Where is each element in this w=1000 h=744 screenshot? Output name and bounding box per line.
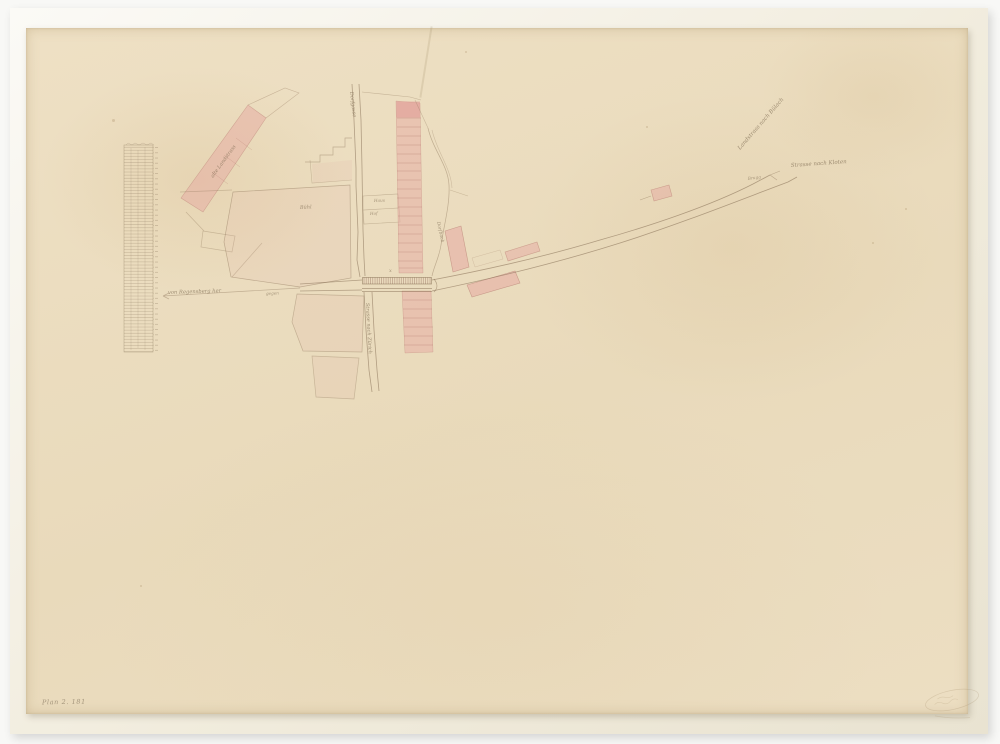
plan-drawing: alte Landstrass Bühl Haus Hof Dorfgasse … — [0, 0, 1000, 744]
road-east-diagonal-label: Landstrass nach Bülach — [736, 97, 785, 152]
inventory-number: Plan 2. 181 — [42, 698, 86, 707]
bridge-x-mark: x — [389, 268, 392, 274]
street-label-south: Strasse nach Zürich — [364, 303, 373, 354]
scanned-plan-page: alte Landstrass Bühl Haus Hof Dorfgasse … — [0, 0, 1000, 744]
road-east: Landstrass nach Bülach Strasse nach Klot… — [432, 97, 847, 291]
field-label: Bühl — [299, 204, 312, 211]
stream-label: Dorfbach — [435, 220, 445, 243]
profile-scale-bar — [124, 143, 158, 352]
village-fields: Bühl Haus Hof — [224, 138, 400, 399]
archive-stamp — [924, 685, 983, 726]
road-east-label: Strasse nach Kloten — [791, 159, 848, 169]
street-label-top: Dorfgasse — [348, 91, 357, 118]
west-small-label: gegen — [266, 290, 280, 296]
village-buildings — [445, 185, 672, 297]
bridge-small-label: Brugg — [746, 174, 761, 181]
lot-label-lower: Hof — [369, 211, 379, 216]
lot-label-upper: Haus — [373, 198, 385, 203]
from-west-label: von Regensberg her — [168, 288, 222, 296]
pink-lot-strip — [396, 101, 433, 353]
